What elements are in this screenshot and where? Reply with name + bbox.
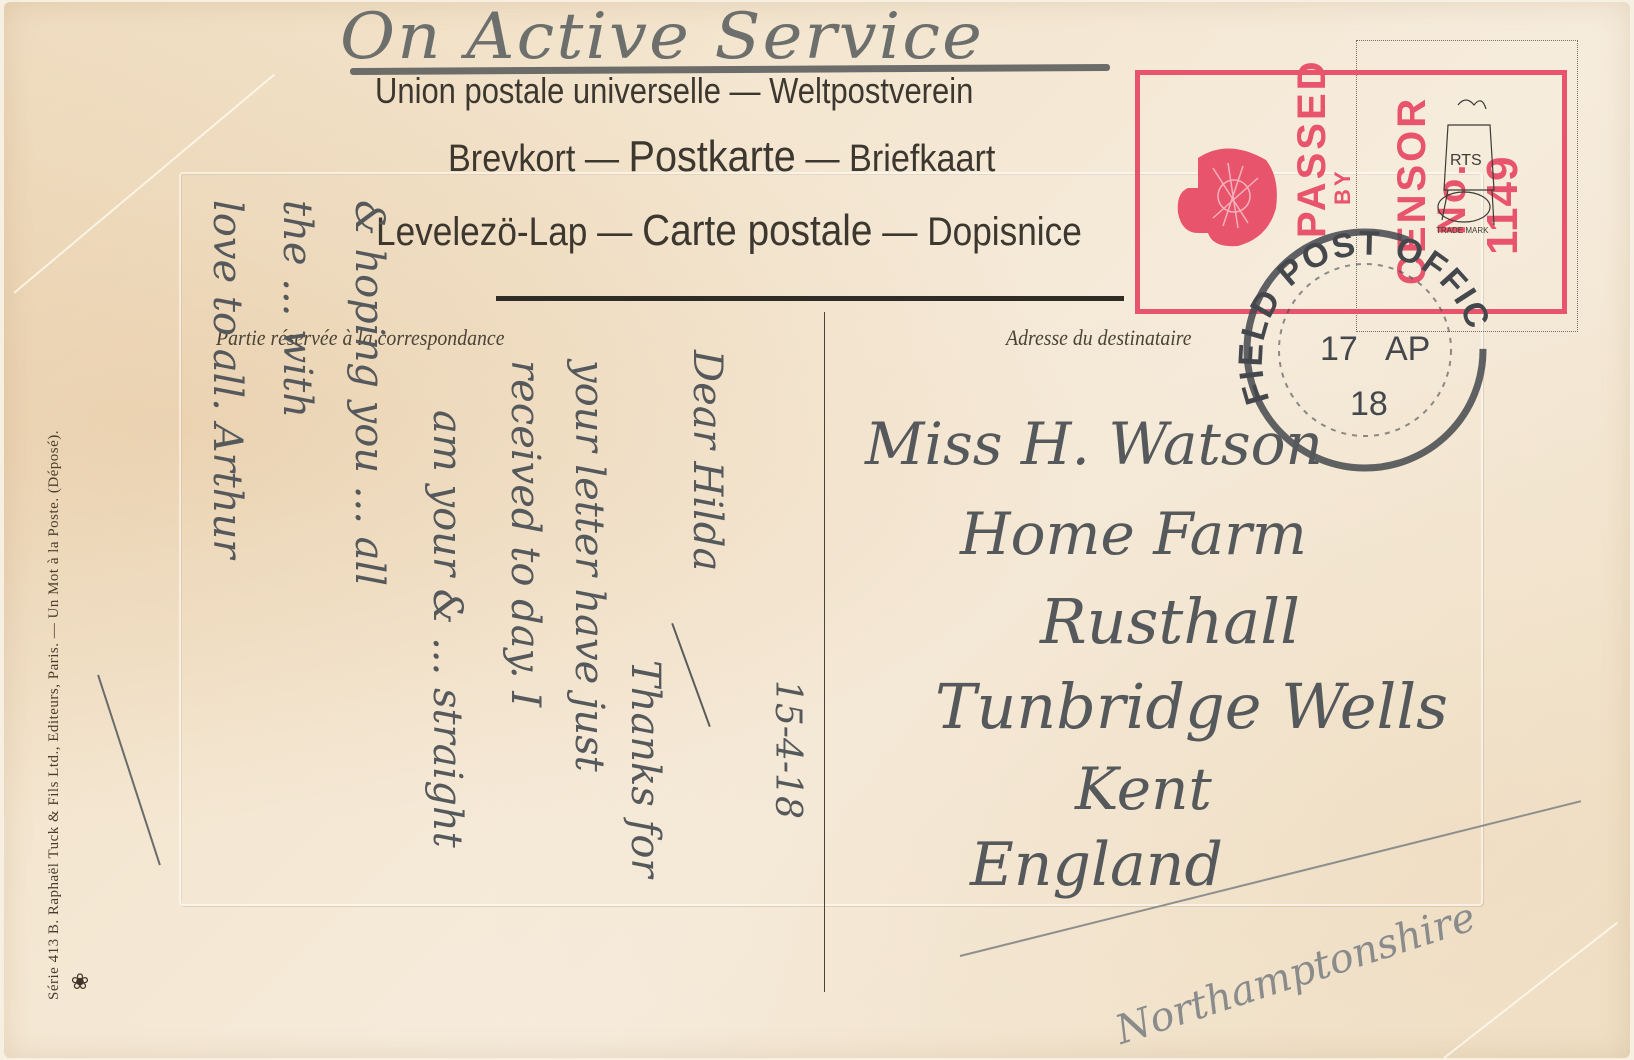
publisher-imprint: Série 413 B. Raphaël Tuck & Fils Ltd., E…	[46, 430, 63, 1000]
message-date: 15-4-18	[767, 680, 808, 819]
svg-text:AP: AP	[1385, 330, 1430, 368]
printed-header-line1: Union postale universelle — Weltpostvere…	[375, 70, 973, 112]
postkarte-text: Postkarte	[629, 132, 796, 181]
message-line: your letter have just	[566, 360, 612, 772]
svg-text:17: 17	[1320, 330, 1358, 368]
center-divider	[824, 312, 825, 992]
address-line: Home Farm	[960, 500, 1307, 568]
address-line: Tunbridge Wells	[935, 670, 1448, 743]
message-line: Thanks for	[622, 660, 668, 878]
message-line: love to all. Arthur	[204, 200, 250, 558]
svg-text:18: 18	[1350, 385, 1388, 423]
address-line: England	[970, 830, 1223, 900]
address-line: Miss H. Watson	[865, 410, 1323, 478]
message-line: received to day. I	[502, 360, 548, 707]
on-active-service-handwriting: On Active Service	[340, 0, 984, 74]
brevkort-text: Brevkort —	[448, 138, 619, 180]
levelezo-lap-text: Levelezö-Lap —	[376, 210, 632, 254]
message-line: Dear Hilda	[684, 350, 730, 571]
message-line: am your & ... straight	[424, 410, 470, 848]
address-line: Rusthall	[1040, 585, 1300, 658]
message-line: the ... with	[274, 200, 320, 418]
easel-palette-logo-icon: ❀	[66, 968, 94, 998]
printed-header-line2: Brevkort — Postkarte — Briefkaart	[448, 132, 995, 182]
svg-text:RTS: RTS	[1450, 152, 1482, 169]
address-line: Kent	[1075, 755, 1212, 823]
header-rule	[496, 296, 1124, 301]
printed-header-line3: Levelezö-Lap — Carte postale — Dopisnice	[376, 206, 1082, 256]
dopisnice-text: — Dopisnice	[882, 210, 1082, 254]
briefkaart-text: — Briefkaart	[805, 138, 995, 180]
address-label: Adresse du destinataire	[1006, 325, 1192, 351]
paper-crease	[1443, 922, 1618, 1059]
svg-text:FIELD POST OFFICE: FIELD POST OFFICE	[1225, 200, 1498, 409]
carte-postale-text: Carte postale	[642, 206, 872, 255]
message-line: & hoping you ... all	[346, 200, 392, 586]
